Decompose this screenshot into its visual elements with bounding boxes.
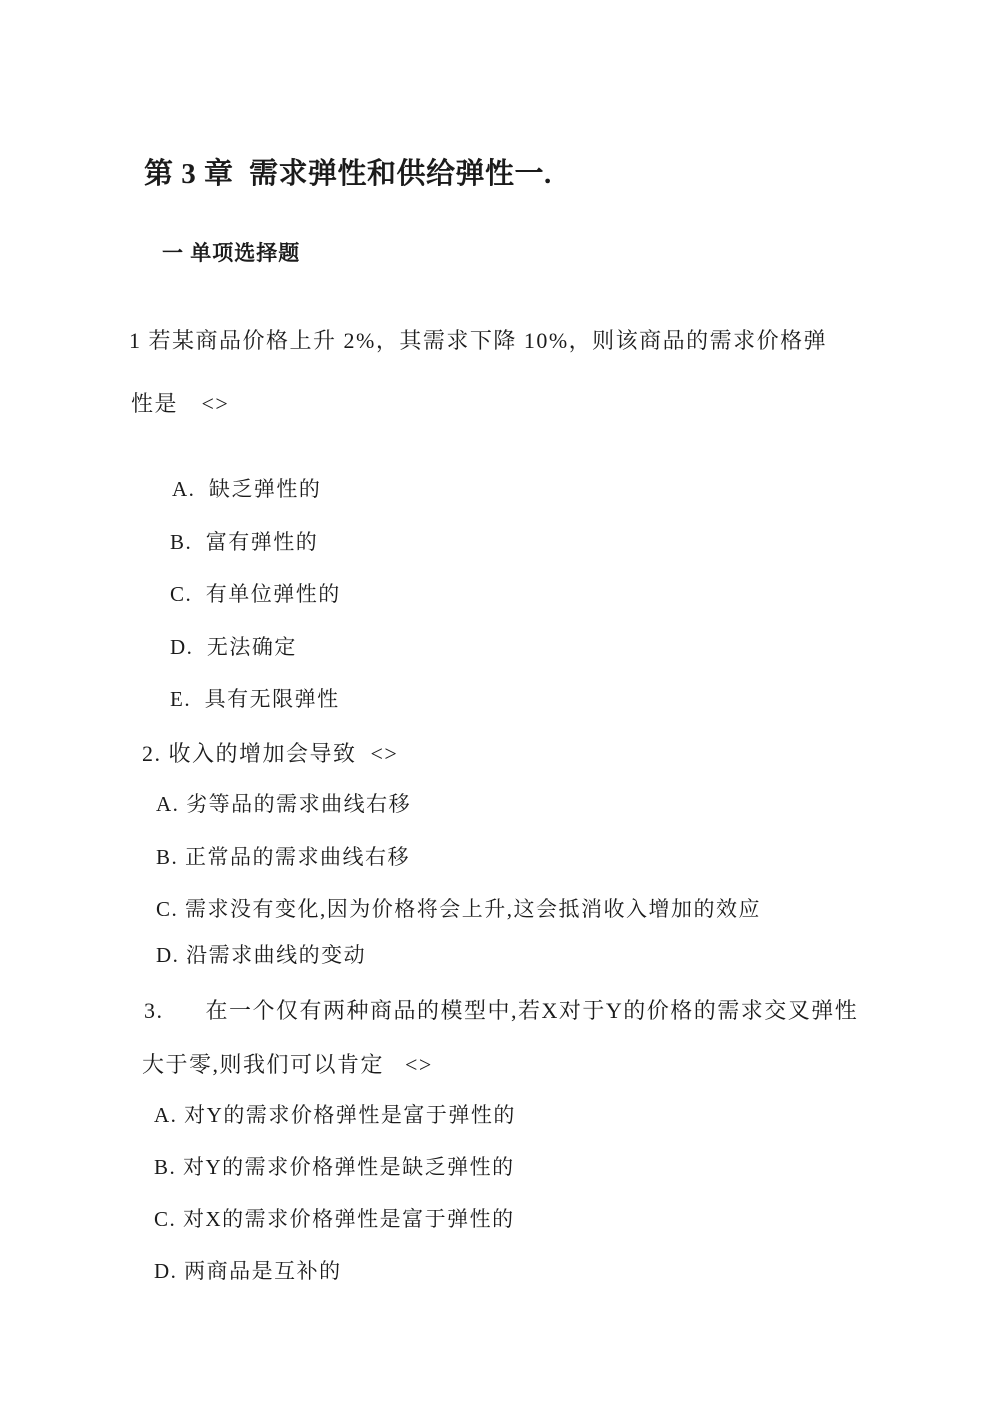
document-page: 第 3 章 需求弹性和供给弹性一. 一 单项选择题 1 若某商品价格上升 2%，… — [0, 0, 993, 1404]
section-heading: 一 单项选择题 — [162, 240, 300, 266]
question-1-option-c: C. 有单位弹性的 — [170, 581, 341, 607]
question-1-stem-line-1: 1 若某商品价格上升 2%，其需求下降 10%，则该商品的需求价格弹 — [129, 327, 827, 355]
question-1-option-b: B. 富有弹性的 — [170, 529, 318, 555]
question-3-stem-line-1: 3. 在一个仅有两种商品的模型中,若X对于Y的价格的需求交叉弹性 — [144, 997, 858, 1025]
question-3-option-b: B. 对Y的需求价格弹性是缺乏弹性的 — [154, 1154, 515, 1180]
chapter-title: 第 3 章 需求弹性和供给弹性一. — [144, 156, 552, 192]
question-1-option-d: D. 无法确定 — [170, 634, 297, 660]
question-3-stem-line-2: 大于零,则我们可以肯定 <> — [142, 1051, 433, 1079]
question-2-option-c: C. 需求没有变化,因为价格将会上升,这会抵消收入增加的效应 — [156, 896, 761, 922]
question-1-stem-line-2: 性是 <> — [131, 390, 229, 418]
question-2-option-b: B. 正常品的需求曲线右移 — [156, 844, 410, 870]
question-3-option-d: D. 两商品是互补的 — [154, 1258, 342, 1284]
question-3-option-a: A. 对Y的需求价格弹性是富于弹性的 — [154, 1102, 516, 1128]
question-2-option-a: A. 劣等品的需求曲线右移 — [156, 791, 411, 817]
question-2-option-d: D. 沿需求曲线的变动 — [156, 942, 366, 968]
question-1-option-a: A. 缺乏弹性的 — [172, 476, 321, 502]
question-3-option-c: C. 对X的需求价格弹性是富于弹性的 — [154, 1206, 515, 1232]
question-1-option-e: E. 具有无限弹性 — [170, 686, 340, 712]
question-2-stem: 2. 收入的增加会导致 <> — [142, 740, 398, 768]
